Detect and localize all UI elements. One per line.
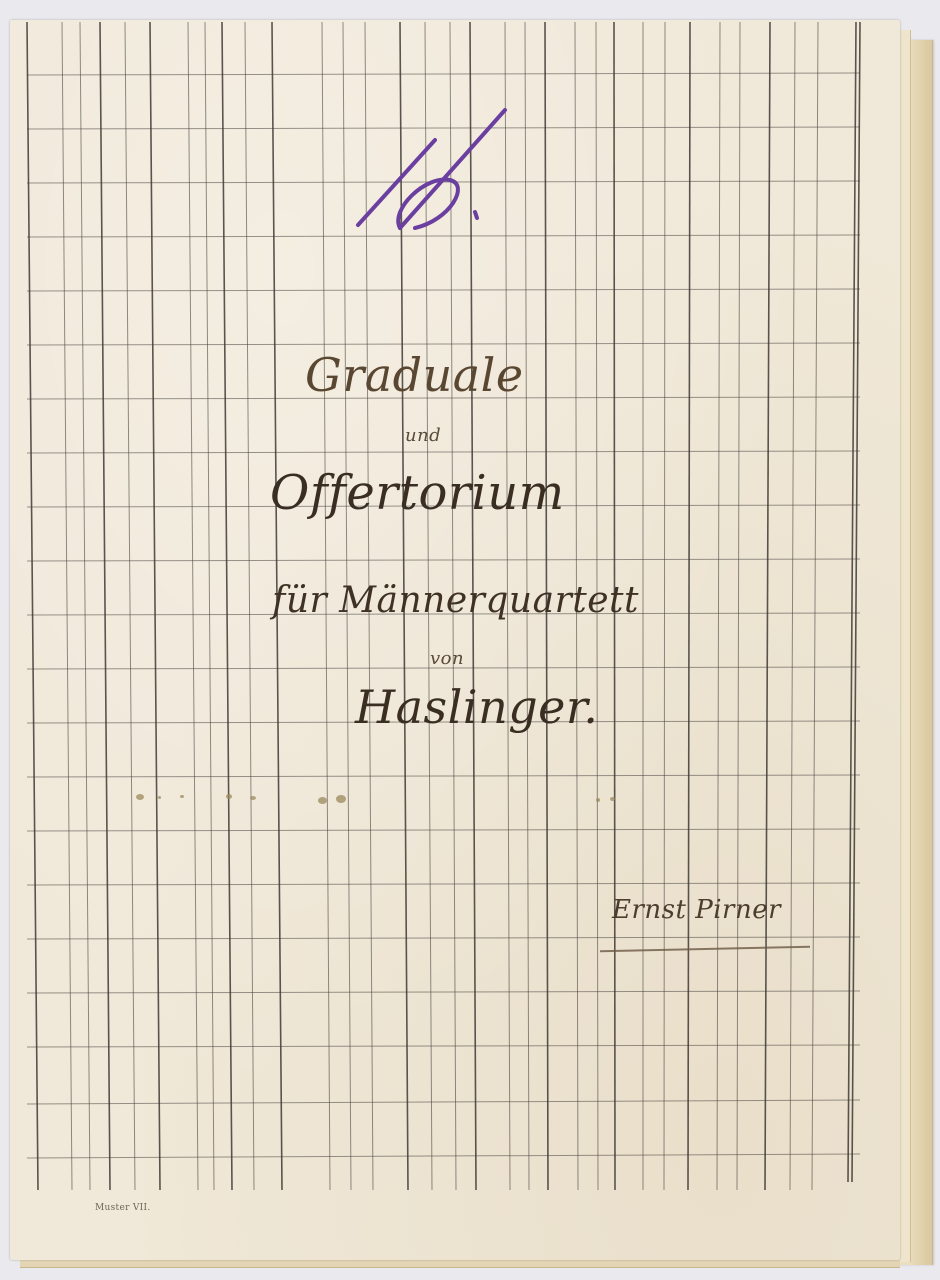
page-number-mark	[340, 100, 520, 240]
title-graduale: Graduale	[305, 348, 524, 402]
signature: Ernst Pirner	[612, 895, 781, 925]
subtitle-voicing: für Männerquartett	[272, 580, 639, 621]
conjunction-von: von	[430, 648, 464, 669]
form-label: Muster VII.	[95, 1203, 151, 1213]
composer-name: Haslinger.	[355, 680, 598, 734]
conjunction-und: und	[405, 425, 441, 446]
ink-stains	[130, 790, 620, 810]
title-offertorium: Offertorium	[270, 465, 565, 521]
